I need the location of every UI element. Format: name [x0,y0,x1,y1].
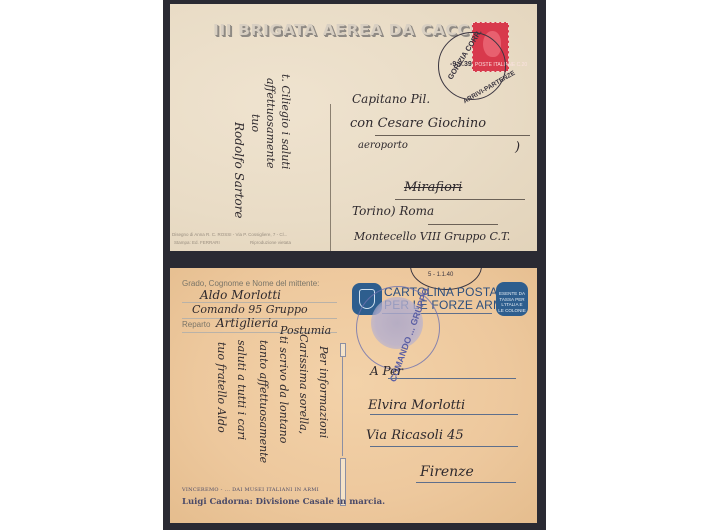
message-line: tanto affettuosamente [257,340,270,463]
sender-label: Grado, Cognome e Nome del mittente: [182,279,319,288]
franchise-text: LE COLONIE [496,308,528,314]
card-divider [342,356,343,456]
postmark-date: 5 - 1.1.40 [428,272,453,278]
address-rule [416,482,516,483]
footer-painting-title: Luigi Cadorna: Divisione Casale in marci… [182,497,385,507]
address-rule [388,378,516,379]
card-divider [330,104,331,251]
franchise-text: ESENTE DA [496,291,528,297]
recipient-line: Firenze [420,464,474,480]
unit-value: Artiglieria [216,316,278,330]
address-rule [395,199,525,200]
closing-paren: ) [515,140,520,155]
address-line: aeroporto [358,140,408,151]
message-line: tuo fratello Aldo [215,342,228,433]
postmark-date: -9.9.39 [450,61,472,68]
address-line: con Cesare Giochino [350,116,486,131]
unit-label: Reparto [182,320,210,329]
postcard-bottom: Grado, Cognome e Nome del mittente: Aldo… [170,268,537,523]
divider-bar [340,343,346,357]
message-line: affettuosamente [264,78,277,169]
message-line: Carissima sorella, [297,334,310,434]
signature: Rodolfo Sartore [232,122,246,218]
address-rule [428,224,498,225]
recipient-line: Elvira Morlotti [368,398,465,413]
address-line: Torino) Roma [352,204,434,218]
sender-unit: Comando 95 Gruppo [192,303,308,316]
printer-imprint: Stampa: Ed. FERRARI [174,240,220,245]
franchise-emblem: ESENTE DA TASSA PER L'ITALIA E LE COLONI… [496,282,528,316]
postcard-headline: III BRIGATA AEREA DA CACCIA [213,21,488,39]
message-line: ti scrivo da lontano [277,336,290,443]
sender-name: Aldo Morlotti [200,288,281,302]
address-rule [375,135,530,136]
address-rule [370,446,518,447]
address-rule [370,414,518,415]
recipient-line: A Per [370,364,403,378]
message-line: tuo [249,114,262,132]
message-line: t. Ciliegio i saluti [279,74,292,169]
message-line: Per informazioni [317,346,330,438]
printer-imprint: Disegno di Anna R. C. ROSSI - Via P. Cos… [172,232,287,237]
address-line: Montecello VIII Gruppo C.T. [354,230,510,243]
postcard-top: III BRIGATA AEREA DA CACCIA POSTE ITALIA… [170,4,537,251]
footer-caption: VINCEREMO - ... DAI MUSEI ITALIANI IN AR… [182,487,319,493]
address-line: Mirafiori [404,180,462,195]
address-line: Capitano Pil. [352,92,430,106]
copyright-imprint: Riproduzione vietata [250,240,291,245]
message-line: saluti a tutti i cari [235,340,248,440]
recipient-line: Via Ricasoli 45 [366,428,464,443]
